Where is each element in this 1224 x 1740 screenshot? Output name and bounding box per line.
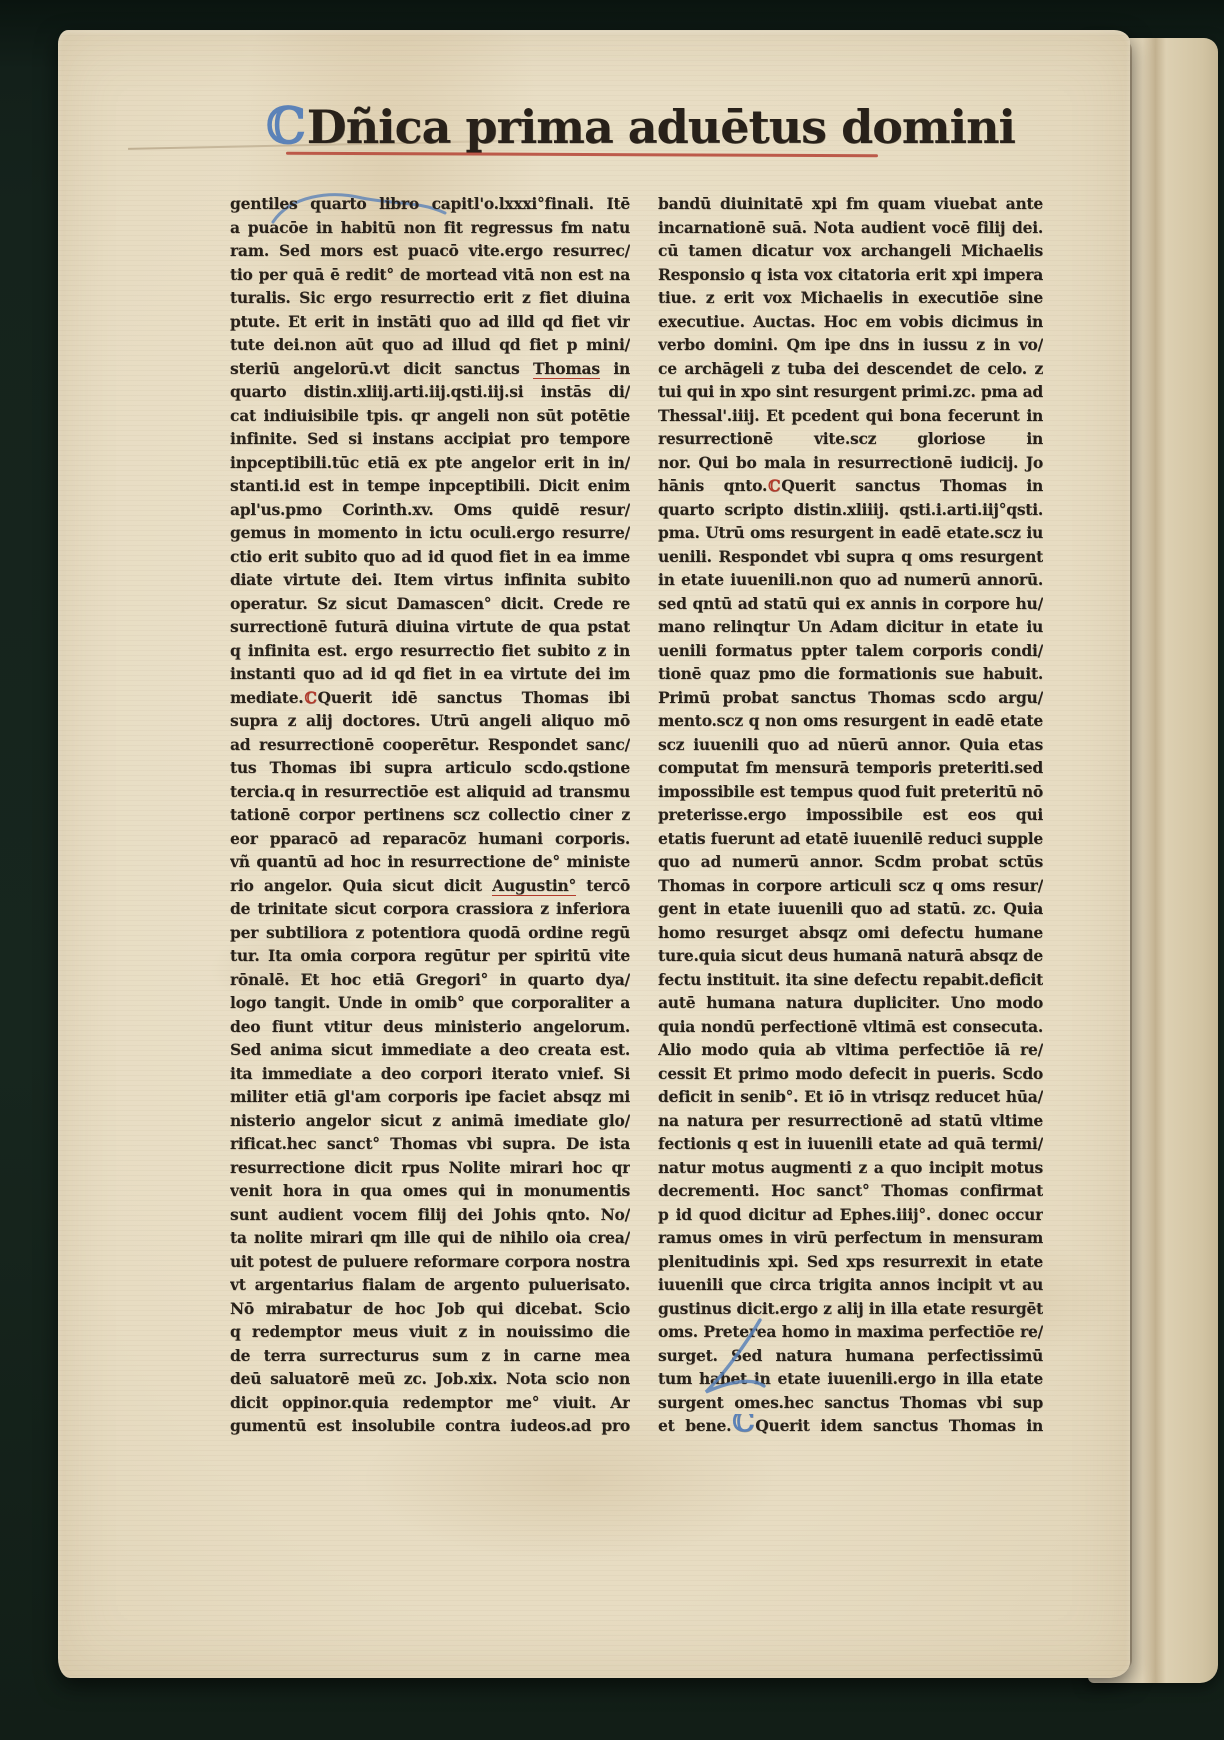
text-line: quarto distin.xliij.arti.iij.qsti.iij.si… — [230, 380, 630, 404]
text-line: deo fiunt vtitur deus ministerio angelor… — [230, 1015, 630, 1039]
text-line: tionē quaz pmo die formationis sue habui… — [658, 662, 1043, 686]
text-line: de trinitate sicut corpora crassiora z i… — [230, 897, 630, 921]
text-line: verbo domini. Qm ipe dns in iussu z in v… — [658, 333, 1043, 357]
text-line: ture.quia sicut deus humanā naturā absqz… — [658, 944, 1043, 968]
page-title: Dñica prima aduētus domini — [307, 100, 1015, 154]
text-line: impossibile est tempus quod fuit preteri… — [658, 780, 1043, 804]
text-line: tus Thomas ibi supra articulo scdo.qstio… — [230, 756, 630, 780]
text-line: etatis fuerunt ad etatē iuuenilē reduci … — [658, 827, 1043, 851]
text-line: Thomas in corpore articuli scz q oms res… — [658, 874, 1043, 898]
text-line: resurrectione dicit rpus Nolite mirari h… — [230, 1156, 630, 1180]
text-line: bandū diuinitatē xpi fm quam viuebat ant… — [658, 192, 1043, 216]
text-line: homo resurget absqz omi defectu humane n… — [658, 921, 1043, 945]
text-line: turalis. Sic ergo resurrectio erit z fie… — [230, 286, 630, 310]
text-line: uit potest de puluere reformare corpora … — [230, 1250, 630, 1274]
text-line: tur. Ita omia corpora regūtur per spirit… — [230, 944, 630, 968]
text-line: gemus in momento in ictu oculi.ergo resu… — [230, 521, 630, 545]
text-line: diate virtute dei. Item virtus infinita … — [230, 568, 630, 592]
text-line: na natura per resurrectionē ad statū vlt… — [658, 1109, 1043, 1133]
text-line: logo tangit. Unde in omib° que corporali… — [230, 991, 630, 1015]
text-line: Nō mirabatur de hoc Job qui dicebat. Sci… — [230, 1297, 630, 1321]
text-line: cessit Et primo modo defecit in pueris. … — [658, 1062, 1043, 1086]
text-line: rōnalē. Et hoc etiā Gregori° in quarto d… — [230, 968, 630, 992]
text-line: tui qui in xpo sint resurgent primi.zc. … — [658, 380, 1043, 404]
text-line: Primū probat sanctus Thomas scdo argu/ — [658, 686, 1043, 710]
text-line: rio angelor. Quia sicut dicit Augustin° … — [230, 874, 630, 898]
text-line: infinite. Sed si instans accipiat pro te… — [230, 427, 630, 451]
text-line: fectionis q est in iuuenili etate ad quā… — [658, 1132, 1043, 1156]
text-line: ctio erit subito quo ad id quod fiet in … — [230, 545, 630, 569]
text-line: autē humana natura dupliciter. Uno modo — [658, 991, 1043, 1015]
text-line: quia nondū perfectionē vltimā est consec… — [658, 1015, 1043, 1039]
text-line: rificat.hec sanct° Thomas vbi supra. De … — [230, 1132, 630, 1156]
text-line: ta nolite mirari qm ille qui de nihilo o… — [230, 1226, 630, 1250]
text-line: eor pparacō ad reparacōz humani corporis… — [230, 827, 630, 851]
text-line: q redemptor meus viuit z in nouissimo di… — [230, 1320, 630, 1344]
text-line: deficit in senib°. Et iō in vtrisqz redu… — [658, 1085, 1043, 1109]
text-line: gentiles quarto libro capitl'o.lxxxi°fin… — [230, 192, 630, 216]
text-line: pma. Utrū oms resurgent in eadē etate.sc… — [658, 521, 1043, 545]
text-line: vt argentarius fialam de argento pulueri… — [230, 1273, 630, 1297]
text-line: ad resurrectionē cooperētur. Respondet s… — [230, 733, 630, 757]
text-line: plenitudinis xpi. Sed xps resurrexit in … — [658, 1250, 1043, 1274]
text-line: tiue. z erit vox Michaelis in executiōe … — [658, 286, 1043, 310]
photograph-of-book-page: { "colors": { "rubric-red": "#b23a2c", "… — [0, 0, 1224, 1740]
text-line: q infinita est. ergo resurrectio fiet su… — [230, 639, 630, 663]
text-line: mano relinqtur Un Adam dicitur in etate … — [658, 615, 1043, 639]
text-line: inpceptibili.tūc etiā ex pte angelor eri… — [230, 451, 630, 475]
text-line: ita immediate a deo corpori iterato vnie… — [230, 1062, 630, 1086]
text-line: a puacōe in habitū non fit regressus fm … — [230, 216, 630, 240]
text-line: per subtiliora z potentiora quodā ordine… — [230, 921, 630, 945]
text-line: fectu instituit. ita sine defectu repabi… — [658, 968, 1043, 992]
text-line: p id quod dicitur ad Ephes.iiij°. donec … — [658, 1203, 1043, 1227]
text-line: Alio modo quia ab vltima perfectiōe iā r… — [658, 1038, 1043, 1062]
text-line: mento.scz q non oms resurgent in eadē et… — [658, 709, 1043, 733]
text-line: ram. Sed mors est puacō vite.ergo resurr… — [230, 239, 630, 263]
text-line: tio per quā ē redit° de mortead vitā non… — [230, 263, 630, 287]
text-line: decrementi. Hoc sanct° Thomas confirmat — [658, 1179, 1043, 1203]
text-line: stanti.id est in tempe inpceptibili. Dic… — [230, 474, 630, 498]
text-line: apl'us.pmo Corinth.xv. Oms quidē resur/ — [230, 498, 630, 522]
text-line: tute dei.non aūt quo ad illud qd fiet p … — [230, 333, 630, 357]
text-line: quo ad numerū annor. Scdm probat sctūs — [658, 850, 1043, 874]
text-column-right: bandū diuinitatē xpi fm quam viuebat ant… — [658, 192, 1043, 1438]
text-line: supra z alij doctores. Utrū angeli aliqu… — [230, 709, 630, 733]
text-line: preterisse.ergo impossibile est eos qui … — [658, 803, 1043, 827]
text-line: tationē corpor pertinens scz collectio c… — [230, 803, 630, 827]
text-column-left: gentiles quarto libro capitl'o.lxxxi°fin… — [230, 192, 630, 1438]
text-line: ptute. Et erit in instāti quo ad illd qd… — [230, 310, 630, 334]
text-line: sunt audient vocem filij dei Johis qnto.… — [230, 1203, 630, 1227]
text-line: Responsio q ista vox citatoria erit xpi … — [658, 263, 1043, 287]
text-line: iuuenili que circa trigita annos incipit… — [658, 1273, 1043, 1297]
text-line: incarnationē suā. Nota audient vocē fili… — [658, 216, 1043, 240]
text-line: de terra surrecturus sum z in carne mea … — [230, 1344, 630, 1368]
text-line: nor. Qui bo mala in resurrectionē iudici… — [658, 451, 1043, 475]
text-line: operatur. Sz sicut Damascen° dicit. Cred… — [230, 592, 630, 616]
text-line: gumentū est insolubile contra iudeos.ad … — [230, 1414, 630, 1438]
text-line: hānis qnto.ℂQuerit sanctus Thomas in — [658, 474, 1043, 498]
text-line: uenili. Respondet vbi supra q oms resurg… — [658, 545, 1043, 569]
text-line: resurrectionē vite.scz gloriose in etate… — [658, 427, 1043, 451]
text-line: in etate iuuenili.non quo ad numerū anno… — [658, 568, 1043, 592]
text-line: uenili formatus ppter talem corporis con… — [658, 639, 1043, 663]
text-line: quarto scripto distin.xliiij. qsti.i.art… — [658, 498, 1043, 522]
page-heading: ℂDñica prima aduētus domini — [266, 96, 906, 160]
blue-paraph-flourish-icon — [698, 1316, 808, 1426]
text-line: nisterio angelor sicut z animā imediate … — [230, 1109, 630, 1133]
blue-paraph-icon: ℂ — [266, 96, 305, 155]
text-line: scz iuuenili quo ad nūerū annor. Quia et… — [658, 733, 1043, 757]
text-line: mediate.ℂQuerit idē sanctus Thomas ibi — [230, 686, 630, 710]
text-line: dicit oppinor.quia redemptor me° viuit. … — [230, 1391, 630, 1415]
text-line: deū saluatorē meū zc. Job.xix. Nota scio… — [230, 1367, 630, 1391]
text-line: computat fm mensurā temporis preteriti.s… — [658, 756, 1043, 780]
text-line: gent in etate iuuenili quo ad statū. zc.… — [658, 897, 1043, 921]
text-line: sed qntū ad statū qui ex annis in corpor… — [658, 592, 1043, 616]
text-line: vñ quantū ad hoc in resurrectione de° mi… — [230, 850, 630, 874]
text-line: ce archāgeli z tuba dei descendet de cel… — [658, 357, 1043, 381]
text-line: cū tamen dicatur vox archangeli Michaeli… — [658, 239, 1043, 263]
text-line: surrectionē futurā diuina virtute de qua… — [230, 615, 630, 639]
text-line: cat indiuisibile tpis. qr angeli non sūt… — [230, 404, 630, 428]
text-line: executiue. Auctas. Hoc em vobis dicimus … — [658, 310, 1043, 334]
text-line: tercia.q in resurrectiōe est aliquid ad … — [230, 780, 630, 804]
text-line: Sed anima sicut immediate a deo creata e… — [230, 1038, 630, 1062]
text-line: natur motus augmenti z a quo incipit mot… — [658, 1156, 1043, 1180]
red-paraph-icon: ℂ — [303, 688, 317, 707]
text-line: venit hora in qua omes qui in monumentis — [230, 1179, 630, 1203]
text-line: instanti quo ad id qd fiet in ea virtute… — [230, 662, 630, 686]
text-line: ramus omes in virū perfectum in mensuram — [658, 1226, 1043, 1250]
red-paraph-icon: ℂ — [767, 476, 781, 495]
text-line: steriū angelorū.vt dicit sanctus Thomas … — [230, 357, 630, 381]
text-line: militer etiā gl'am corporis ipe faciet a… — [230, 1085, 630, 1109]
text-line: Thessal'.iiij. Et pcedent qui bona fecer… — [658, 404, 1043, 428]
